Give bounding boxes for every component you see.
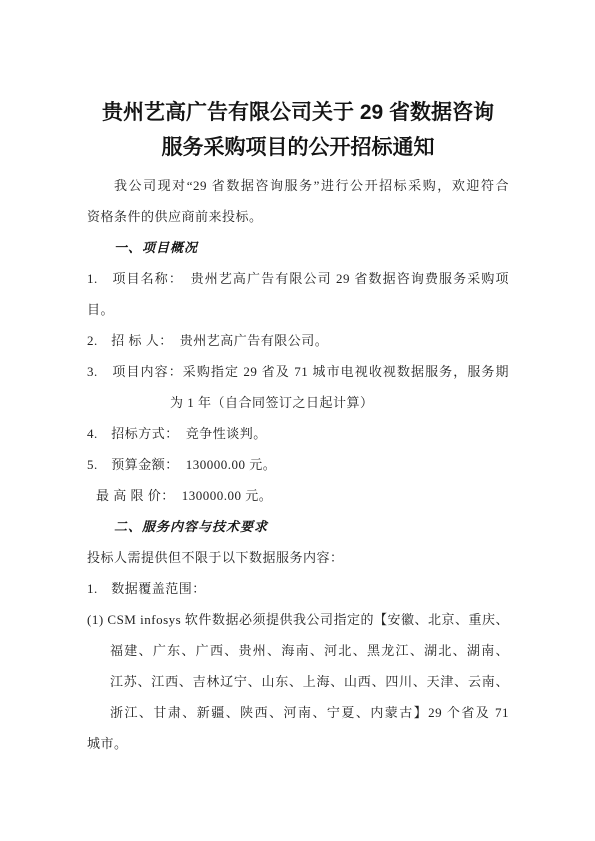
item-max-price: 最 高 限 价： 130000.00 元。 xyxy=(87,480,509,511)
coverage-line-3: 江苏、江西、吉林辽宁、山东、上海、山西、四川、天津、云南、 xyxy=(87,666,509,697)
item-project-content-line1: 3. 项目内容：采购指定 29 省及 71 城市电视收视数据服务，服务期 xyxy=(87,356,509,387)
section2-heading: 二、服务内容与技术要求 xyxy=(87,511,509,542)
document-title: 贵州艺高广告有限公司关于 29 省数据咨询 服务采购项目的公开招标通知 xyxy=(87,95,509,165)
item-project-content-line2: 为 1 年（自合同签订之日起计算） xyxy=(87,387,509,418)
intro-line-1: 我公司现对“29 省数据咨询服务”进行公开招标采购，欢迎符合 xyxy=(87,170,509,201)
item-tenderer: 2. 招 标 人： 贵州艺高广告有限公司。 xyxy=(87,325,509,356)
item-budget-amount: 5. 预算金额： 130000.00 元。 xyxy=(87,449,509,480)
title-line-2: 服务采购项目的公开招标通知 xyxy=(87,130,509,165)
section1-heading: 一、项目概况 xyxy=(87,232,509,263)
document-page: 贵州艺高广告有限公司关于 29 省数据咨询 服务采购项目的公开招标通知 我公司现… xyxy=(0,0,595,841)
item-project-name-line2: 目。 xyxy=(87,294,509,325)
coverage-line-4: 浙江、甘肃、新疆、陕西、河南、宁夏、内蒙古】29 个省及 71 xyxy=(87,697,509,728)
coverage-line-2: 福建、广东、广西、贵州、海南、河北、黑龙江、湖北、湖南、 xyxy=(87,635,509,666)
intro-line-2: 资格条件的供应商前来投标。 xyxy=(87,201,509,232)
coverage-line-5: 城市。 xyxy=(87,728,509,759)
coverage-line-1: (1) CSM infosys 软件数据必须提供我公司指定的【安徽、北京、重庆、 xyxy=(87,604,509,635)
title-line-1: 贵州艺高广告有限公司关于 29 省数据咨询 xyxy=(87,95,509,130)
document-body: 我公司现对“29 省数据咨询服务”进行公开招标采购，欢迎符合 资格条件的供应商前… xyxy=(87,170,509,759)
item-data-coverage: 1. 数据覆盖范围： xyxy=(87,573,509,604)
item-project-name-line1: 1. 项目名称： 贵州艺高广告有限公司 29 省数据咨询费服务采购项 xyxy=(87,263,509,294)
section2-intro: 投标人需提供但不限于以下数据服务内容： xyxy=(87,542,509,573)
item-tender-method: 4. 招标方式： 竞争性谈判。 xyxy=(87,418,509,449)
